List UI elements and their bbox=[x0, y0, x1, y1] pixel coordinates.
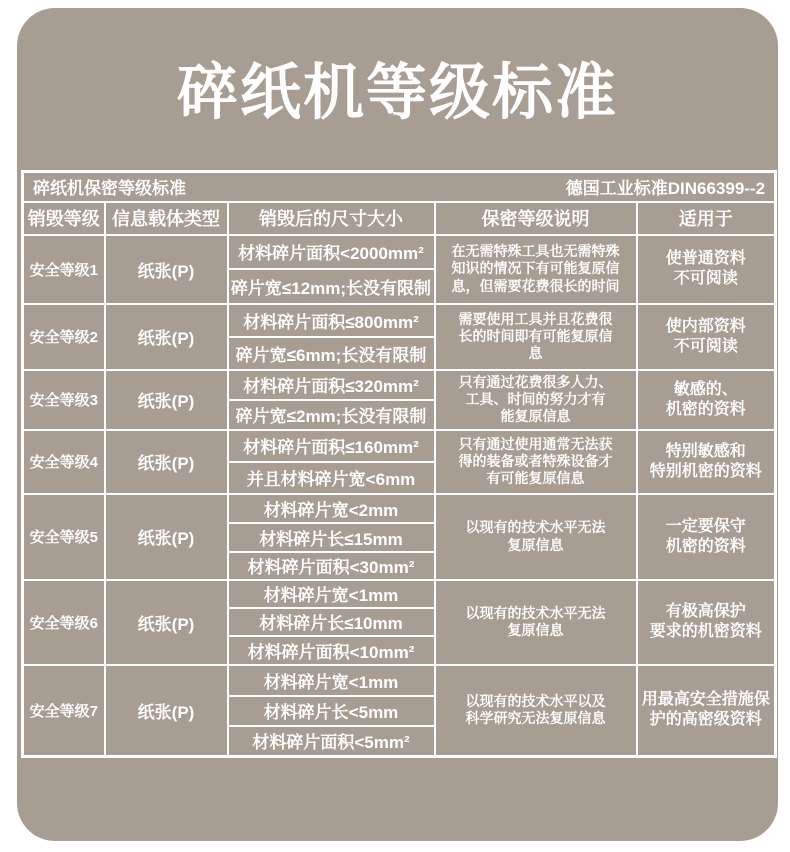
description-cell: 只有通过花费很多人力、 工具、时间的努力才有 能复原信息 bbox=[435, 370, 637, 430]
size-cell: 材料碎片宽<1mm bbox=[228, 580, 435, 608]
level-cell: 安全等级3 bbox=[23, 370, 105, 430]
col-header-applies-to: 适用于 bbox=[637, 202, 776, 235]
size-cell: 碎片宽≤6mm;长没有限制 bbox=[228, 337, 435, 370]
media-cell: 纸张(P) bbox=[105, 304, 228, 370]
col-header-media-type: 信息载体类型 bbox=[105, 202, 228, 235]
level-cell: 安全等级4 bbox=[23, 430, 105, 494]
size-cell: 材料碎片长<5mm bbox=[228, 696, 435, 726]
applies-to-cell: 使普通资料 不可阅读 bbox=[637, 235, 776, 304]
description-cell: 以现有的技术水平无法 复原信息 bbox=[435, 580, 637, 665]
applies-to-cell: 特别敏感和 特别机密的资料 bbox=[637, 430, 776, 494]
description-cell: 只有通过使用通常无法获 得的装备或者特殊设备才 有可能复原信息 bbox=[435, 430, 637, 494]
col-header-security-desc: 保密等级说明 bbox=[435, 202, 637, 235]
page-title: 碎纸机等级标准 bbox=[17, 44, 778, 131]
size-cell: 材料碎片宽<1mm bbox=[228, 665, 435, 696]
level-cell: 安全等级2 bbox=[23, 304, 105, 370]
media-cell: 纸张(P) bbox=[105, 235, 228, 304]
media-cell: 纸张(P) bbox=[105, 665, 228, 757]
applies-to-cell: 有极高保护 要求的机密资料 bbox=[637, 580, 776, 665]
size-cell: 材料碎片面积<5mm² bbox=[228, 726, 435, 757]
table-caption-left: 碎纸机保密等级标准 bbox=[33, 174, 186, 199]
shredder-standards-table: 碎纸机保密等级标准 德国工业标准DIN66399--2 销毁等级 信息载体类型 … bbox=[21, 170, 777, 758]
size-cell: 材料碎片面积≤800mm² bbox=[228, 304, 435, 337]
col-header-size-after: 销毁后的尺寸大小 bbox=[228, 202, 435, 235]
media-cell: 纸张(P) bbox=[105, 430, 228, 494]
applies-to-cell: 用最高安全措施保 护的高密级资料 bbox=[637, 665, 776, 757]
table-caption: 碎纸机保密等级标准 德国工业标准DIN66399--2 bbox=[23, 172, 776, 202]
size-cell: 材料碎片长≤15mm bbox=[228, 523, 435, 552]
applies-to-cell: 使内部资料 不可阅读 bbox=[637, 304, 776, 370]
description-cell: 以现有的技术水平以及 科学研究无法复原信息 bbox=[435, 665, 637, 757]
media-cell: 纸张(P) bbox=[105, 370, 228, 430]
size-cell: 碎片宽≤2mm;长没有限制 bbox=[228, 400, 435, 430]
level-cell: 安全等级6 bbox=[23, 580, 105, 665]
description-cell: 以现有的技术水平无法 复原信息 bbox=[435, 494, 637, 580]
level-cell: 安全等级1 bbox=[23, 235, 105, 304]
size-cell: 材料碎片面积≤320mm² bbox=[228, 370, 435, 400]
col-header-destroy-level: 销毁等级 bbox=[23, 202, 105, 235]
level-cell: 安全等级5 bbox=[23, 494, 105, 580]
description-cell: 需要使用工具并且花费很 长的时间即有可能复原信 息 bbox=[435, 304, 637, 370]
applies-to-cell: 敏感的、 机密的资料 bbox=[637, 370, 776, 430]
size-cell: 材料碎片宽<2mm bbox=[228, 494, 435, 523]
size-cell: 材料碎片面积<10mm² bbox=[228, 636, 435, 665]
applies-to-cell: 一定要保守 机密的资料 bbox=[637, 494, 776, 580]
size-cell: 材料碎片面积≤160mm² bbox=[228, 430, 435, 462]
size-cell: 并且材料碎片宽<6mm bbox=[228, 462, 435, 494]
level-cell: 安全等级7 bbox=[23, 665, 105, 757]
media-cell: 纸张(P) bbox=[105, 494, 228, 580]
description-cell: 在无需特殊工具也无需特殊 知识的情况下有可能复原信 息，但需要花费很长的时间 bbox=[435, 235, 637, 304]
table-caption-right: 德国工业标准DIN66399--2 bbox=[566, 174, 765, 199]
size-cell: 材料碎片长≤10mm bbox=[228, 608, 435, 636]
size-cell: 材料碎片面积<30mm² bbox=[228, 552, 435, 580]
media-cell: 纸张(P) bbox=[105, 580, 228, 665]
size-cell: 材料碎片面积<2000mm² bbox=[228, 235, 435, 269]
poster-card: 碎纸机等级标准 碎纸机保密等级标准 德国工业标准DIN66399--2 销毁等级… bbox=[17, 8, 778, 841]
size-cell: 碎片宽≤12mm;长没有限制 bbox=[228, 269, 435, 304]
